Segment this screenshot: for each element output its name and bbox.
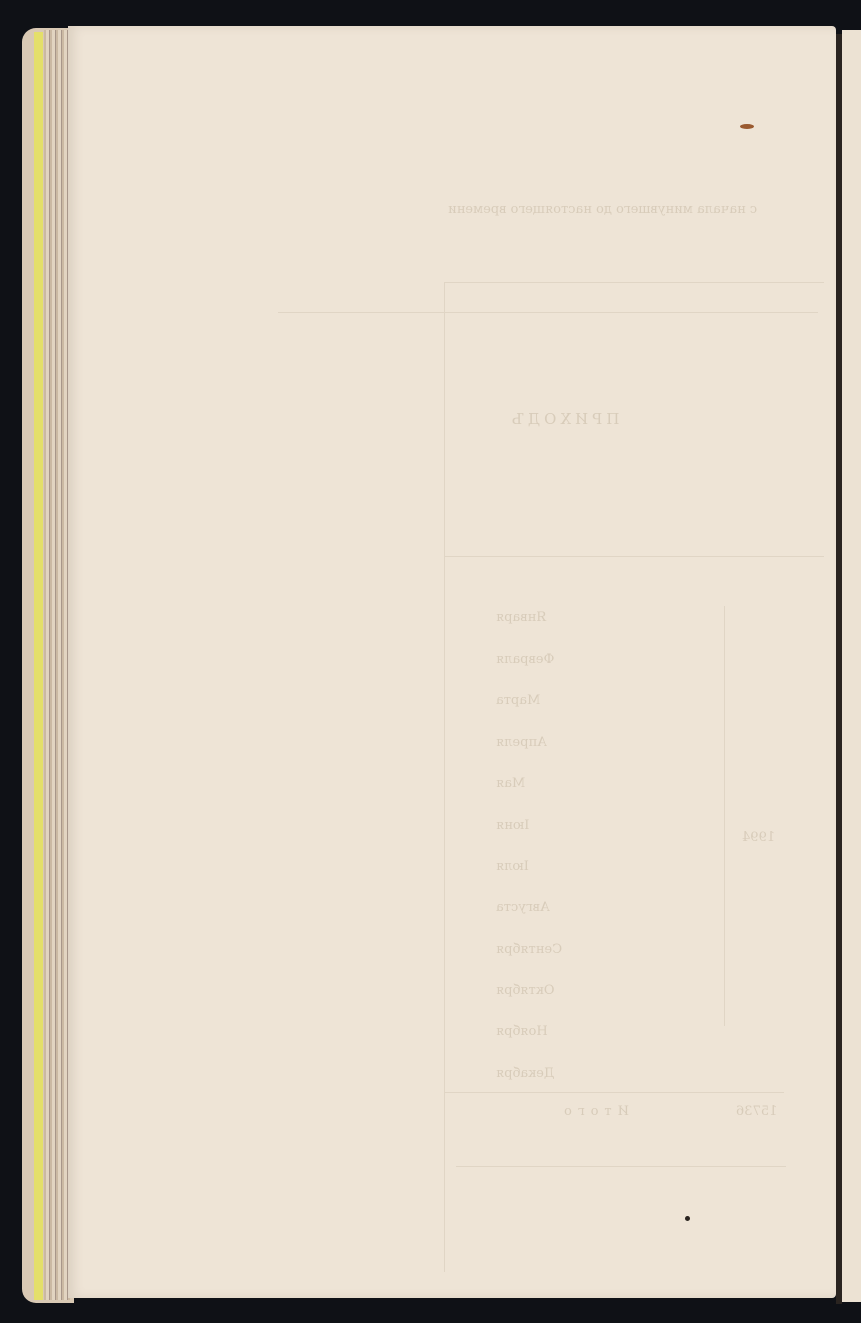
ghost-row: Января bbox=[496, 610, 547, 625]
yellow-page-edge bbox=[34, 32, 43, 1300]
book-page: с начала минувшего до настоящего времени… bbox=[68, 26, 836, 1298]
ghost-row: Мая bbox=[496, 776, 525, 791]
facing-page bbox=[842, 30, 861, 1302]
ghost-total-label: Итого bbox=[558, 1104, 629, 1119]
table-column-line bbox=[724, 606, 725, 1026]
ghost-row: Марта bbox=[496, 693, 540, 708]
ghost-row: Декабря bbox=[496, 1066, 555, 1081]
ghost-row: Ноября bbox=[496, 1024, 548, 1039]
ghost-heading: с начала минувшего до настоящего времени bbox=[448, 202, 757, 217]
ghost-row: Іюля bbox=[496, 859, 529, 874]
page-edges bbox=[44, 30, 70, 1300]
ghost-title: ПРИХОДЪ bbox=[508, 410, 619, 428]
ghost-value: 1994 bbox=[742, 830, 775, 845]
ghost-row: Августа bbox=[496, 900, 550, 915]
ghost-row: Іюня bbox=[496, 818, 529, 833]
table-rule bbox=[444, 556, 824, 557]
table-rule bbox=[456, 1166, 786, 1167]
ghost-row: Февраля bbox=[496, 652, 554, 667]
paper-speck bbox=[740, 124, 754, 129]
table-column-line bbox=[444, 282, 445, 1272]
ghost-total-value: 15736 bbox=[736, 1104, 777, 1119]
paper-speck bbox=[685, 1216, 690, 1221]
table-rule bbox=[444, 1092, 784, 1093]
ghost-row: Сентября bbox=[496, 942, 562, 957]
ghost-row: Апреля bbox=[496, 735, 547, 750]
ghost-row: Октября bbox=[496, 983, 555, 998]
table-rule bbox=[278, 312, 818, 313]
table-rule bbox=[444, 282, 824, 283]
